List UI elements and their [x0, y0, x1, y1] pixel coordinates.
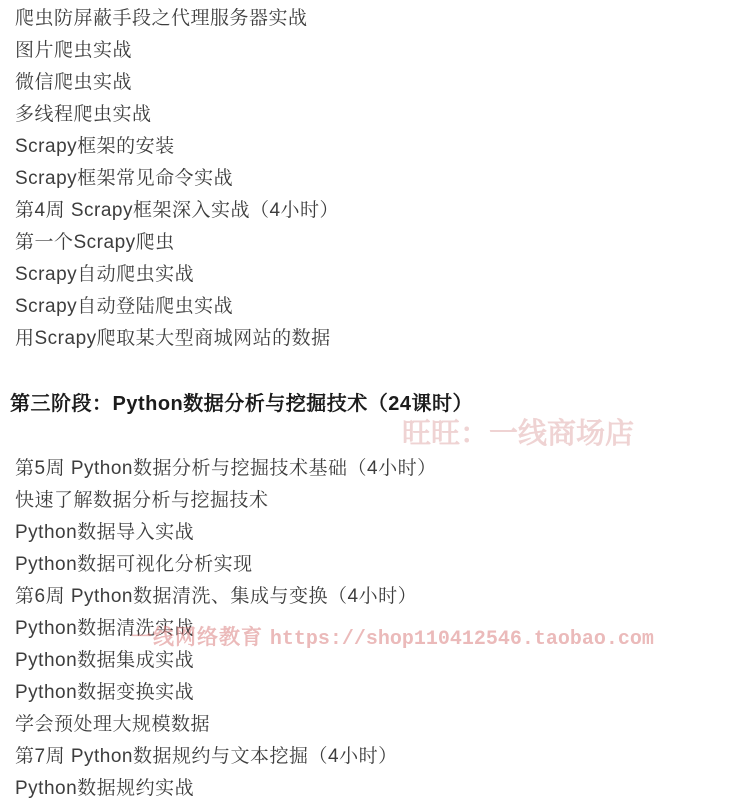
course-item: 微信爬虫实战 [15, 67, 735, 99]
course-item-week-heading: 第6周 Python数据清洗、集成与变换（4小时） [15, 581, 735, 613]
course-item: Scrapy框架常见命令实战 [15, 163, 735, 195]
course-item-week-heading: 第5周 Python数据分析与挖掘技术基础（4小时） [15, 453, 735, 485]
course-item: Python数据可视化分析实现 [15, 549, 735, 581]
course-item-week-heading: 第7周 Python数据规约与文本挖掘（4小时） [15, 741, 735, 773]
shop-name-watermark: 旺旺：一线商场店 [402, 419, 634, 450]
course-item: Python数据变换实战 [15, 677, 735, 709]
course-item: 用Scrapy爬取某大型商城网站的数据 [15, 323, 735, 355]
course-item: 快速了解数据分析与挖掘技术 [15, 485, 735, 517]
course-item: Scrapy自动爬虫实战 [15, 259, 735, 291]
course-item: Python数据集成实战 [15, 645, 735, 677]
course-item: Python数据导入实战 [15, 517, 735, 549]
course-item: Python数据清洗实战 [15, 613, 735, 645]
course-item-week-heading: 第4周 Scrapy框架深入实战（4小时） [15, 195, 735, 227]
course-item: Scrapy框架的安装 [15, 131, 735, 163]
course-item: 爬虫防屏蔽手段之代理服务器实战 [15, 3, 735, 35]
course-description-page: 爬虫防屏蔽手段之代理服务器实战 图片爬虫实战 微信爬虫实战 多线程爬虫实战 Sc… [0, 0, 750, 800]
course-item: 第一个Scrapy爬虫 [15, 227, 735, 259]
course-item: Scrapy自动登陆爬虫实战 [15, 291, 735, 323]
course-item: 多线程爬虫实战 [15, 99, 735, 131]
course-item: 学会预处理大规模数据 [15, 709, 735, 741]
course-list-data-analysis-section: 第5周 Python数据分析与挖掘技术基础（4小时） 快速了解数据分析与挖掘技术… [15, 453, 735, 800]
course-item: 图片爬虫实战 [15, 35, 735, 67]
course-item: Python数据规约实战 [15, 773, 735, 800]
stage-3-heading: 第三阶段：Python数据分析与挖掘技术（24课时） [10, 388, 473, 420]
course-list-scrapy-section: 爬虫防屏蔽手段之代理服务器实战 图片爬虫实战 微信爬虫实战 多线程爬虫实战 Sc… [15, 3, 735, 355]
